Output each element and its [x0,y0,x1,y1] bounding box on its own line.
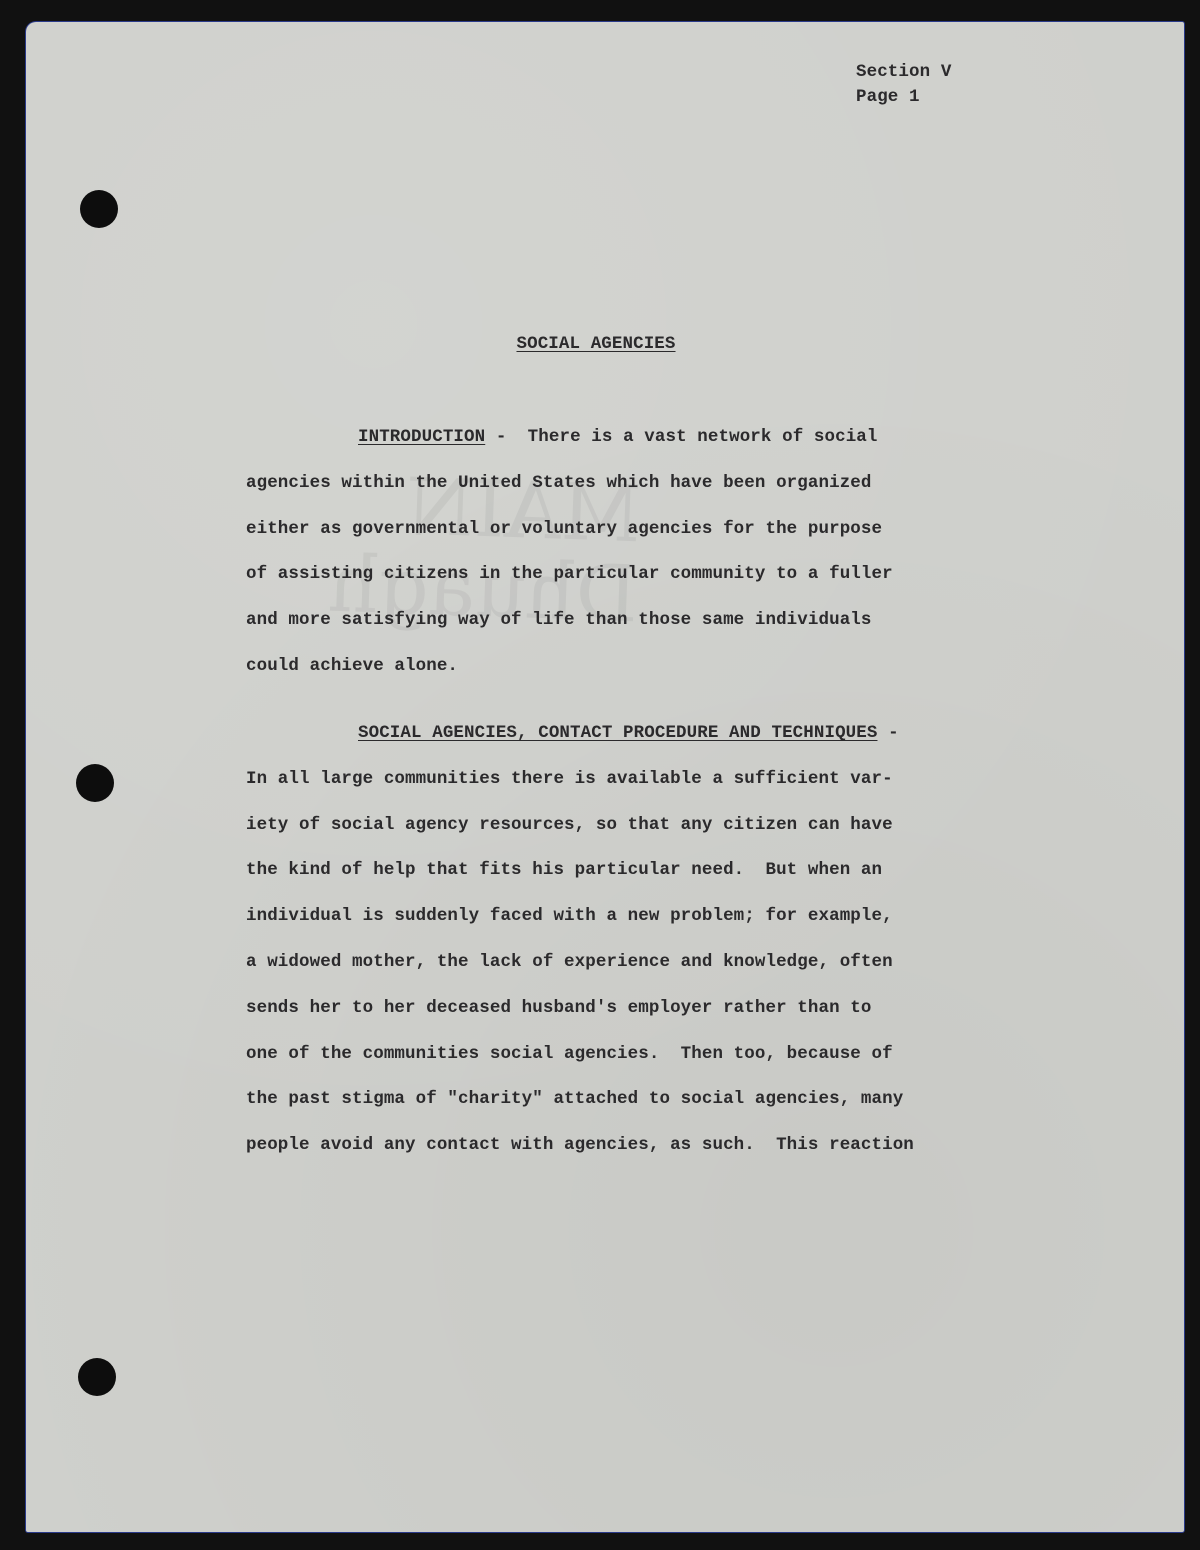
text-line: the kind of help that fits his particula… [246,848,986,894]
heading-separator: - [485,427,527,447]
section-label: Section V [856,60,951,85]
paragraph-first-line: INTRODUCTION - There is a vast network o… [246,415,986,461]
text-line: In all large communities there is availa… [246,757,986,803]
text-line: one of the communities social agencies. … [246,1032,986,1078]
text-line: iety of social agency resources, so that… [246,803,986,849]
page-number: Page 1 [856,85,951,110]
text-line: sends her to her deceased husband's empl… [246,986,986,1032]
document-title: SOCIAL AGENCIES [0,334,1192,354]
binder-hole [76,764,114,802]
text-line: a widowed mother, the lack of experience… [246,940,986,986]
page-header: Section V Page 1 [856,60,951,110]
text-line: of assisting citizens in the particular … [246,552,986,598]
section-heading: INTRODUCTION [358,427,485,447]
text-line: either as governmental or voluntary agen… [246,507,986,553]
text-line: agencies within the United States which … [246,461,986,507]
text-line: and more satisfying way of life than tho… [246,598,986,644]
text-line: the past stigma of "charity" attached to… [246,1077,986,1123]
text-line: There is a vast network of social [528,427,878,447]
paragraph-introduction: INTRODUCTION - There is a vast network o… [246,415,986,690]
paragraph-heading-line: SOCIAL AGENCIES, CONTACT PROCEDURE AND T… [246,711,986,757]
text-line: people avoid any contact with agencies, … [246,1123,986,1169]
text-line: individual is suddenly faced with a new … [246,894,986,940]
binder-hole [80,190,118,228]
text-line: could achieve alone. [246,644,986,690]
section-heading: SOCIAL AGENCIES, CONTACT PROCEDURE AND T… [358,723,877,743]
heading-separator: - [877,723,898,743]
binder-hole [78,1358,116,1396]
paragraph-contact-procedure: SOCIAL AGENCIES, CONTACT PROCEDURE AND T… [246,711,986,1169]
